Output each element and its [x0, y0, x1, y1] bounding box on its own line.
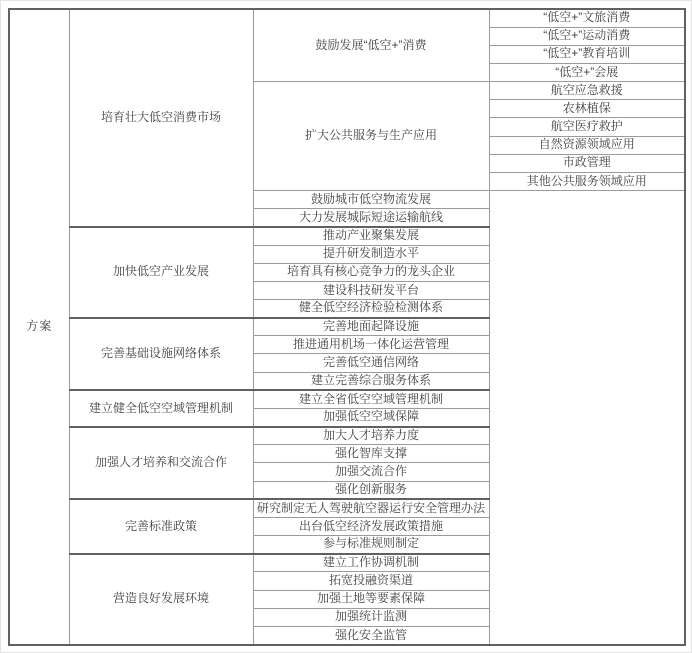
application-cell: 自然资源领域应用	[489, 136, 685, 154]
measure-cell: 强化创新服务	[253, 481, 489, 499]
measure-cell: 加强土地等要素保障	[253, 590, 489, 608]
section-cell: 建立健全低空空域管理机制	[69, 390, 253, 426]
section-cell: 培育壮大低空消费市场	[69, 9, 253, 227]
scheme-table: 方案培育壮大低空消费市场鼓励发展“低空+”消费“低空+”文旅消费“低空+”运动消…	[8, 8, 686, 646]
table-row: 方案培育壮大低空消费市场鼓励发展“低空+”消费“低空+”文旅消费	[9, 9, 685, 27]
measure-cell: 加强统计监测	[253, 608, 489, 626]
measure-cell: 扩大公共服务与生产应用	[253, 82, 489, 191]
measure-cell: 加强低空空域保障	[253, 408, 489, 426]
measure-cell: 建立全省低空空域管理机制	[253, 390, 489, 408]
measure-cell: 健全低空经济检验检测体系	[253, 300, 489, 318]
measure-cell: 研究制定无人驾驶航空器运行安全管理办法	[253, 499, 489, 517]
measure-cell: 推动产业聚集发展	[253, 227, 489, 245]
application-cell: “低空+”会展	[489, 63, 685, 81]
measure-cell: 完善地面起降设施	[253, 318, 489, 336]
application-cell: 其他公共服务领域应用	[489, 172, 685, 190]
measure-cell: 培育具有核心竞争力的龙头企业	[253, 263, 489, 281]
section-cell: 完善标准政策	[69, 499, 253, 553]
measure-cell: 鼓励发展“低空+”消费	[253, 9, 489, 82]
measure-cell: 建立工作协调机制	[253, 554, 489, 572]
measure-cell: 出台低空经济发展政策措施	[253, 517, 489, 535]
section-cell: 完善基础设施网络体系	[69, 318, 253, 391]
measure-cell: 加大人才培养力度	[253, 427, 489, 445]
measure-cell: 推进通用机场一体化运营管理	[253, 336, 489, 354]
measure-cell: 建设科技研发平台	[253, 281, 489, 299]
measure-cell: 加强交流合作	[253, 463, 489, 481]
measure-cell: 参与标准规则制定	[253, 536, 489, 554]
measure-cell: 提升研发制造水平	[253, 245, 489, 263]
measure-cell: 强化安全监管	[253, 626, 489, 645]
measure-cell: 强化智库支撑	[253, 445, 489, 463]
measure-cell: 建立完善综合服务体系	[253, 372, 489, 390]
application-cell: “低空+”文旅消费	[489, 9, 685, 27]
application-cell: 航空应急救援	[489, 82, 685, 100]
scheme-table-body: 方案培育壮大低空消费市场鼓励发展“低空+”消费“低空+”文旅消费“低空+”运动消…	[9, 9, 685, 645]
section-cell: 加快低空产业发展	[69, 227, 253, 318]
root-cell: 方案	[9, 9, 69, 645]
application-cell: 市政管理	[489, 154, 685, 172]
page: 方案培育壮大低空消费市场鼓励发展“低空+”消费“低空+”文旅消费“低空+”运动消…	[0, 0, 692, 653]
section-cell: 营造良好发展环境	[69, 554, 253, 645]
empty-cell	[489, 191, 685, 645]
measure-cell: 完善低空通信网络	[253, 354, 489, 372]
application-cell: 航空医疗救护	[489, 118, 685, 136]
measure-cell: 拓宽投融资渠道	[253, 572, 489, 590]
application-cell: 农林植保	[489, 100, 685, 118]
application-cell: “低空+”教育培训	[489, 45, 685, 63]
section-cell: 加强人才培养和交流合作	[69, 427, 253, 500]
measure-cell: 鼓励城市低空物流发展	[253, 191, 489, 209]
measure-cell: 大力发展城际短途运输航线	[253, 209, 489, 227]
application-cell: “低空+”运动消费	[489, 27, 685, 45]
